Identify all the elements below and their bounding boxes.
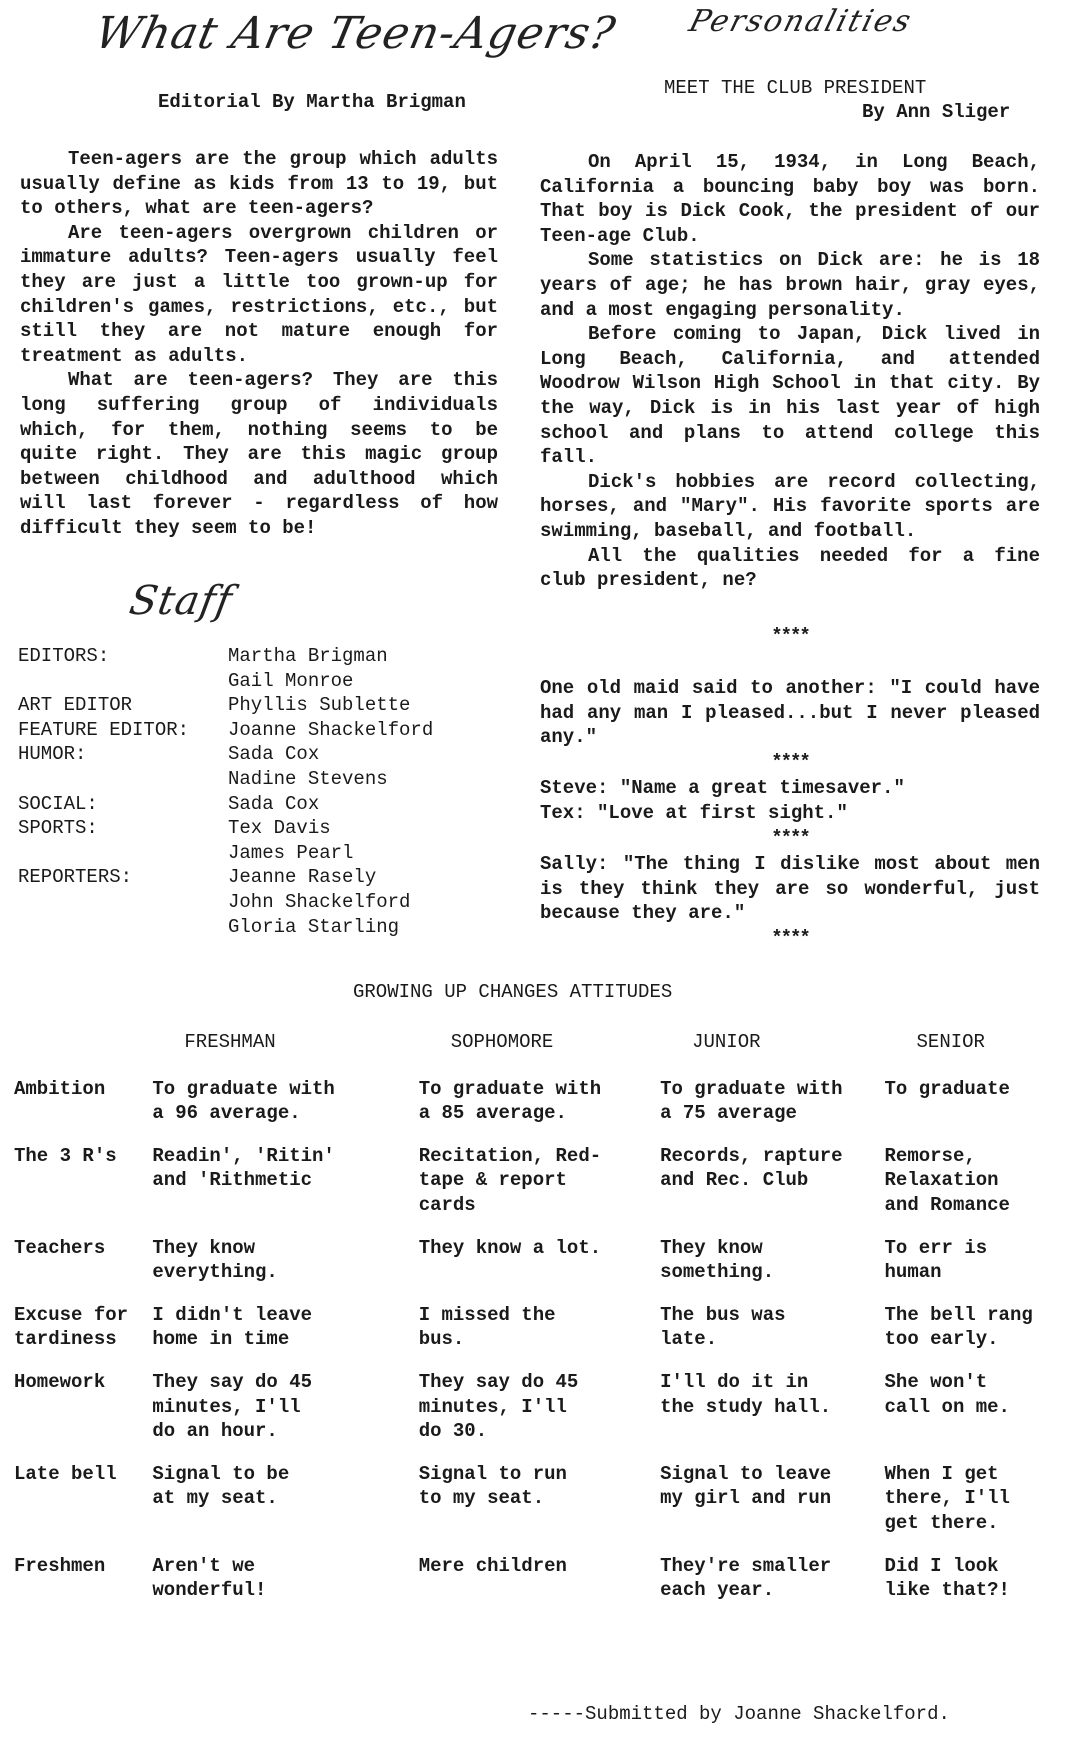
table-cell: I missed the bus. [419, 1303, 660, 1370]
table-cell: Recitation, Red- tape & report cards [419, 1144, 660, 1236]
staff-role: ART EDITOR [18, 693, 228, 718]
row-label: Teachers [14, 1236, 152, 1303]
table-row: TeachersThey know everything.They know a… [14, 1236, 1068, 1303]
staff-role: SPORTS: [18, 816, 228, 841]
staff-role [18, 890, 228, 915]
staff-row: James Pearl [18, 841, 433, 866]
editorial-paragraph: Are teen-agers overgrown children or imm… [20, 221, 498, 369]
table-cell: Records, rapture and Rec. Club [660, 1144, 884, 1236]
staff-row: FEATURE EDITOR:Joanne Shackelford [18, 718, 433, 743]
row-label: Freshmen [14, 1554, 152, 1621]
table-cell: They say do 45 minutes, I'll do an hour. [152, 1370, 418, 1462]
table-cell: The bell rang too early. [885, 1303, 1068, 1370]
editorial-byline: Editorial By Martha Brigman [158, 90, 466, 115]
column-header [14, 1030, 152, 1077]
staff-row: REPORTERS:Jeanne Rasely [18, 865, 433, 890]
column-header: SOPHOMORE [419, 1030, 660, 1077]
personalities-paragraph: Dick's hobbies are record collecting, ho… [540, 470, 1040, 544]
staff-name: James Pearl [228, 841, 353, 866]
personalities-paragraph: On April 15, 1934, in Long Beach, Califo… [540, 150, 1040, 248]
personalities-subheading: MEET THE CLUB PRESIDENT [664, 76, 926, 101]
column-header: JUNIOR [660, 1030, 884, 1077]
row-label: Ambition [14, 1077, 152, 1144]
table-row: The 3 R'sReadin', 'Ritin' and 'Rithmetic… [14, 1144, 1068, 1236]
row-label: Late bell [14, 1462, 152, 1554]
table-cell: Signal to run to my seat. [419, 1462, 660, 1554]
staff-row: EDITORS:Martha Brigman [18, 644, 433, 669]
staff-role [18, 915, 228, 940]
submitted-credit: -----Submitted by Joanne Shackelford. [528, 1702, 950, 1727]
staff-name: Tex Davis [228, 816, 331, 841]
staff-row: Nadine Stevens [18, 767, 433, 792]
table-cell: I'll do it in the study hall. [660, 1370, 884, 1462]
table-cell: Signal to be at my seat. [152, 1462, 418, 1554]
growing-up-title: GROWING UP CHANGES ATTITUDES [353, 980, 672, 1005]
staff-row: Gail Monroe [18, 669, 433, 694]
staff-name: Martha Brigman [228, 644, 388, 669]
staff-row: HUMOR:Sada Cox [18, 742, 433, 767]
staff-name: Gail Monroe [228, 669, 353, 694]
staff-row: John Shackelford [18, 890, 433, 915]
personalities-paragraph: Some statistics on Dick are: he is 18 ye… [540, 248, 1040, 322]
staff-list: EDITORS:Martha BrigmanGail MonroeART EDI… [18, 644, 433, 939]
staff-name: Sada Cox [228, 792, 319, 817]
table-cell: Did I look like that?! [885, 1554, 1068, 1621]
table-row: Excuse for tardinessI didn't leave home … [14, 1303, 1068, 1370]
joke-item: Sally: "The thing I dislike most about m… [540, 852, 1040, 926]
staff-name: Nadine Stevens [228, 767, 388, 792]
table-cell: They know everything. [152, 1236, 418, 1303]
personalities-paragraph: Before coming to Japan, Dick lived in Lo… [540, 322, 1040, 470]
staff-row: ART EDITORPhyllis Sublette [18, 693, 433, 718]
editorial-paragraph: Teen-agers are the group which adults us… [20, 147, 498, 221]
staff-name: Joanne Shackelford [228, 718, 433, 743]
table-cell: Signal to leave my girl and run [660, 1462, 884, 1554]
table-cell: Readin', 'Ritin' and 'Rithmetic [152, 1144, 418, 1236]
staff-role [18, 767, 228, 792]
joke-item: Steve: "Name a great timesaver." Tex: "L… [540, 776, 1040, 825]
editorial-body: Teen-agers are the group which adults us… [20, 147, 498, 541]
staff-name: John Shackelford [228, 890, 410, 915]
table-cell: She won't call on me. [885, 1370, 1068, 1462]
staff-role [18, 841, 228, 866]
staff-name: Jeanne Rasely [228, 865, 376, 890]
editorial-paragraph: What are teen-agers? They are this long … [20, 368, 498, 540]
separator-stars: **** [540, 750, 1040, 775]
table-header-row: FRESHMANSOPHOMOREJUNIORSENIOR [14, 1030, 1068, 1077]
row-label: The 3 R's [14, 1144, 152, 1236]
table-cell: They say do 45 minutes, I'll do 30. [419, 1370, 660, 1462]
staff-role: SOCIAL: [18, 792, 228, 817]
joke-item: One old maid said to another: "I could h… [540, 676, 1040, 750]
growing-up-table: FRESHMANSOPHOMOREJUNIORSENIOR AmbitionTo… [14, 1030, 1068, 1621]
separator-stars: **** [540, 624, 1040, 649]
table-cell: To graduate with a 96 average. [152, 1077, 418, 1144]
staff-role: EDITORS: [18, 644, 228, 669]
table-cell: They're smaller each year. [660, 1554, 884, 1621]
staff-name: Phyllis Sublette [228, 693, 410, 718]
staff-name: Sada Cox [228, 742, 319, 767]
table-row: HomeworkThey say do 45 minutes, I'll do … [14, 1370, 1068, 1462]
staff-row: Gloria Starling [18, 915, 433, 940]
table-cell: The bus was late. [660, 1303, 884, 1370]
table-cell: They know something. [660, 1236, 884, 1303]
column-header: FRESHMAN [152, 1030, 418, 1077]
staff-role [18, 669, 228, 694]
table-cell: They know a lot. [419, 1236, 660, 1303]
table-cell: To graduate [885, 1077, 1068, 1144]
row-label: Homework [14, 1370, 152, 1462]
separator-stars: **** [540, 826, 1040, 851]
table-cell: Mere children [419, 1554, 660, 1621]
staff-name: Gloria Starling [228, 915, 399, 940]
table-cell: I didn't leave home in time [152, 1303, 418, 1370]
table-row: FreshmenAren't we wonderful!Mere childre… [14, 1554, 1068, 1621]
staff-row: SOCIAL:Sada Cox [18, 792, 433, 817]
personalities-paragraph: All the qualities needed for a fine club… [540, 544, 1040, 593]
table-cell: Aren't we wonderful! [152, 1554, 418, 1621]
personalities-heading: Personalities [685, 4, 916, 39]
editorial-heading: What Are Teen-Agers? [91, 8, 621, 59]
separator-stars: **** [540, 926, 1040, 951]
staff-heading: Staff [126, 578, 236, 624]
table-cell: To graduate with a 85 average. [419, 1077, 660, 1144]
row-label: Excuse for tardiness [14, 1303, 152, 1370]
table-row: Late bellSignal to be at my seat.Signal … [14, 1462, 1068, 1554]
personalities-byline: By Ann Sliger [862, 100, 1010, 125]
column-header: SENIOR [885, 1030, 1068, 1077]
staff-row: SPORTS:Tex Davis [18, 816, 433, 841]
table-cell: When I get there, I'll get there. [885, 1462, 1068, 1554]
table-cell: To err is human [885, 1236, 1068, 1303]
personalities-body: On April 15, 1934, in Long Beach, Califo… [540, 150, 1040, 593]
staff-role: REPORTERS: [18, 865, 228, 890]
table-cell: To graduate with a 75 average [660, 1077, 884, 1144]
staff-role: FEATURE EDITOR: [18, 718, 228, 743]
table-row: AmbitionTo graduate with a 96 average.To… [14, 1077, 1068, 1144]
table-cell: Remorse, Relaxation and Romance [885, 1144, 1068, 1236]
staff-role: HUMOR: [18, 742, 228, 767]
